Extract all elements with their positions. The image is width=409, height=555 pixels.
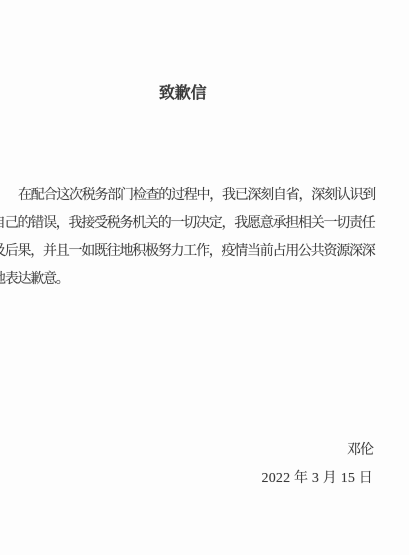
body-line: 在配合这次税务部门检查的过程中，我已深刻自省，深刻认识到 bbox=[18, 188, 375, 203]
body-line: 地表达歉意。 bbox=[0, 272, 69, 287]
body-line: 及后果，并且一如既往地积极努力工作，疫情当前占用公共资源深深 bbox=[0, 244, 375, 259]
body-line: 自己的错误，我接受税务机关的一切决定，我愿意承担相关一切责任 bbox=[0, 216, 375, 231]
signature-name: 邓伦 bbox=[347, 443, 373, 458]
signature-date: 2022 年 3 月 15 日 bbox=[262, 471, 374, 486]
apology-letter-page: 致歉信 在配合这次税务部门检查的过程中，我已深刻自省，深刻认识到 自己的错误，我… bbox=[0, 0, 409, 555]
letter-title: 致歉信 bbox=[159, 85, 206, 102]
